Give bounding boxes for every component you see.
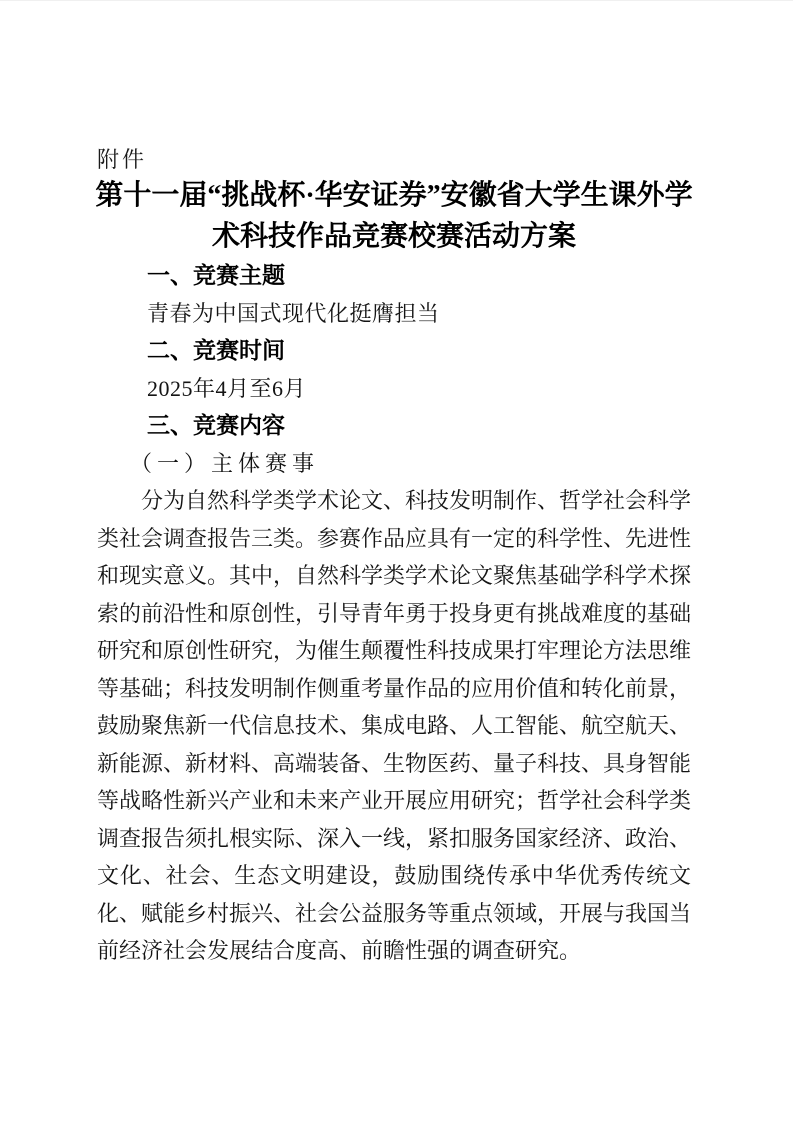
- document-content: 附件 第十一届“挑战杯·华安证券”安徽省大学生课外学 术科技作品竞赛校赛活动方案…: [97, 147, 691, 970]
- document-page: 附件 第十一届“挑战杯·华安证券”安徽省大学生课外学 术科技作品竞赛校赛活动方案…: [0, 0, 793, 1122]
- attachment-label: 附件: [97, 147, 691, 173]
- competition-theme-text: 青春为中国式现代化挺膺担当: [97, 295, 691, 333]
- main-events-paragraph: 分为自然科学类学术论文、科技发明制作、哲学社会科学类社会调查报告三类。参赛作品应…: [97, 482, 691, 970]
- section-heading-competition-time: 二、竞赛时间: [97, 332, 691, 370]
- section-heading-competition-content: 三、竞赛内容: [97, 407, 691, 445]
- document-title-line-2: 术科技作品竞赛校赛活动方案: [63, 216, 725, 257]
- competition-time-text: 2025年4月至6月: [97, 370, 691, 408]
- document-title: 第十一届“挑战杯·华安证券”安徽省大学生课外学 术科技作品竞赛校赛活动方案: [97, 175, 691, 257]
- section-heading-competition-theme: 一、竞赛主题: [97, 257, 691, 295]
- document-body: 一、竞赛主题 青春为中国式现代化挺膺担当 二、竞赛时间 2025年4月至6月 三…: [97, 257, 691, 970]
- subsection-heading-main-events: （一）主体赛事: [97, 445, 691, 483]
- document-title-line-1: 第十一届“挑战杯·华安证券”安徽省大学生课外学: [63, 175, 725, 216]
